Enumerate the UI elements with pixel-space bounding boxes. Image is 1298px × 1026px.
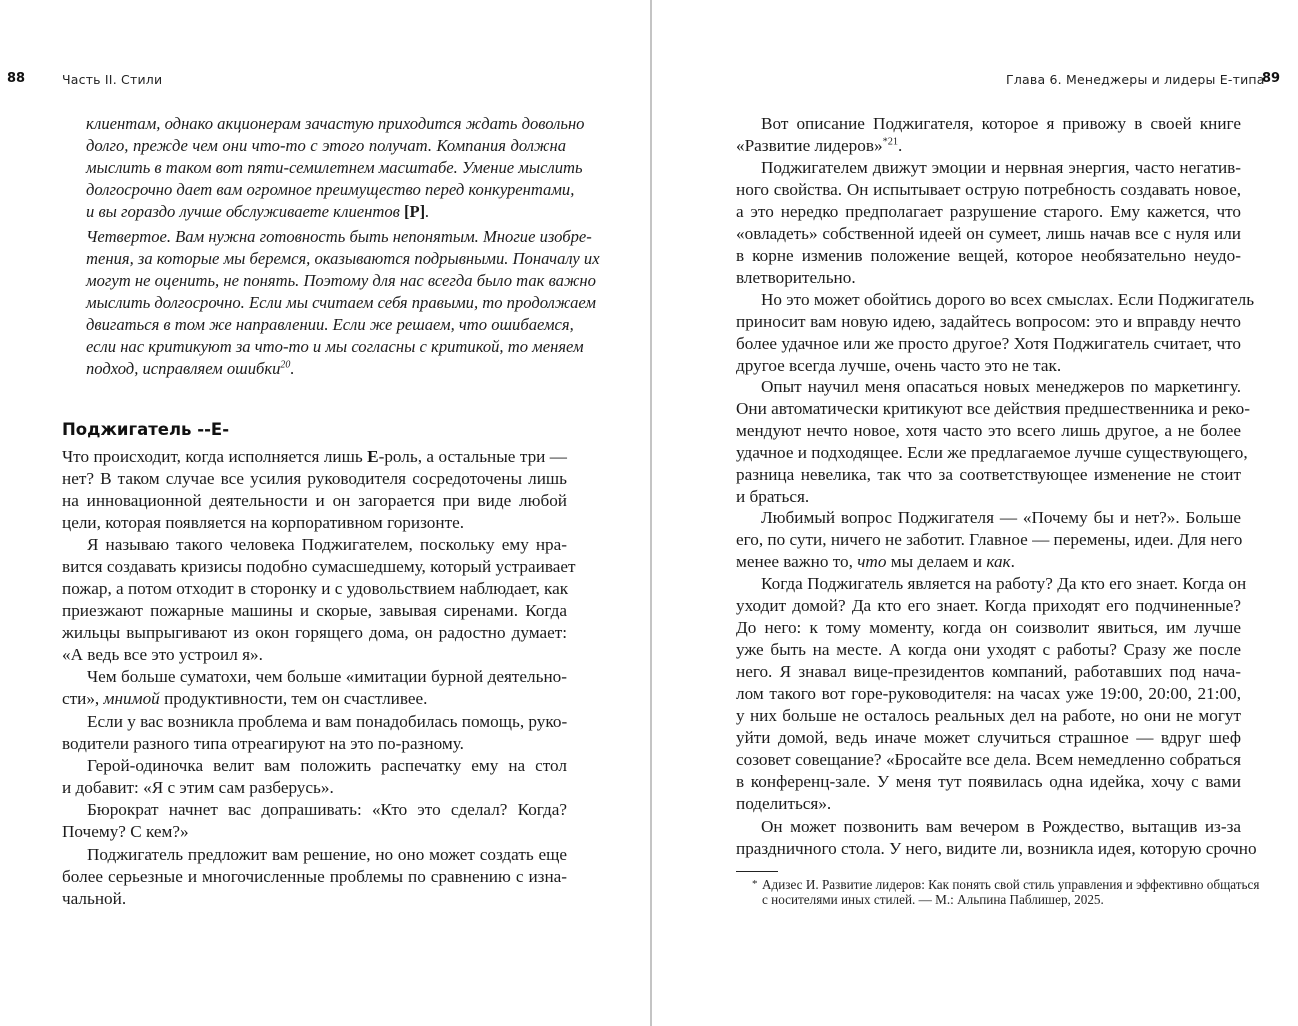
quote-line: мыслить долгосрочно. Если мы считаем себ…: [86, 292, 566, 314]
body-line: Когда Поджигатель является на работу? Да…: [761, 573, 1241, 595]
body-line: Что происходит, когда исполняется лишь E…: [62, 446, 567, 468]
quote-line: клиентам, однако акционерам зачастую при…: [86, 113, 566, 135]
left-page: 88 Часть II. Стили клиентам, однако акци…: [0, 0, 650, 1026]
footnote-line: с носителями иных стилей. — М.: Альпина …: [762, 892, 1241, 907]
body-line: другое всегда лучше, очень часто это не …: [736, 355, 1241, 377]
body-line: приезжают пожарные машины и скорые, завы…: [62, 600, 567, 622]
body-line: сти», мнимой продуктивности, тем он счас…: [62, 688, 567, 710]
quote-line: подход, исправляем ошибки20.: [86, 358, 566, 380]
quote-line: мыслить в таком вот пяти-семилетнем масш…: [86, 157, 566, 179]
body-line: Он может позвонить вам вечером в Рождест…: [761, 816, 1241, 838]
body-line: цели, которая появляется на корпоративно…: [62, 512, 567, 534]
body-line: Бюрократ начнет вас допрашивать: «Кто эт…: [87, 799, 567, 821]
body-line: чальной.: [62, 888, 567, 910]
body-line: более удачное или же просто другое? Хотя…: [736, 333, 1241, 355]
body-line: уйти домой, ведь иначе может случиться с…: [736, 727, 1241, 749]
body-line: его, по сути, ничего не заботит. Главное…: [736, 529, 1241, 551]
body-line: жильцы выпрыгивают из окон горящего дома…: [62, 622, 567, 644]
body-line: «Развитие лидеров»*21.: [736, 135, 1241, 157]
running-head: Часть II. Стили: [62, 72, 162, 87]
quote-line: долгосрочно дает вам огромное преимущест…: [86, 179, 566, 201]
body-line: у них больше не осталось реальных дел на…: [736, 705, 1241, 727]
body-line: Герой-одиночка велит вам положить распеч…: [87, 755, 567, 777]
body-line: ного свойства. Он испытывает острую потр…: [736, 179, 1241, 201]
emphasis: что: [857, 552, 886, 571]
body-line: «овладеть» собственной идеей он сумеет, …: [736, 223, 1241, 245]
body-line: Почему? С кем?»: [62, 821, 567, 843]
footnote-line: Адизес И. Развитие лидеров: Как понять с…: [762, 877, 1241, 892]
page-number: 89: [1262, 71, 1280, 86]
footnote-separator: [736, 871, 778, 872]
body-line: в корне изменив положение вещей, которое…: [736, 245, 1241, 267]
body-line: менее важно то, что мы делаем и как.: [736, 551, 1241, 573]
body-line: пожар, а потом отходит в сторонку и с уд…: [62, 578, 567, 600]
body-line: удачное и подходящее. Если же предлагаем…: [736, 442, 1241, 464]
body-line: Любимый вопрос Поджигателя — «Почему бы …: [761, 507, 1241, 529]
body-line: Чем больше суматохи, чем больше «имитаци…: [87, 666, 567, 688]
section-heading: Поджигатель --E-: [62, 420, 229, 439]
body-line: Опыт научил меня опасаться новых менедже…: [761, 376, 1241, 398]
body-line: и добавит: «Я с этим сам разберусь».: [62, 777, 567, 799]
body-line: в конференц-зале. У меня тут появилась о…: [736, 771, 1241, 793]
body-line: на инновационной деятельности и он загор…: [62, 490, 567, 512]
body-line: приносит вам новую идею, задайтесь вопро…: [736, 311, 1241, 333]
footnote-ref[interactable]: 20: [280, 359, 290, 370]
quote-line: могут не оценить, не понять. Поэтому для…: [86, 270, 566, 292]
body-line: Я называю такого человека Поджигателем, …: [87, 534, 567, 556]
quote-line: если нас критикуют за что-то и мы соглас…: [86, 336, 566, 358]
body-line: До него: к тому моменту, когда он соизво…: [736, 617, 1241, 639]
emphasis: мнимой: [104, 689, 160, 708]
footnote-ref[interactable]: *21: [883, 136, 898, 147]
body-line: уже быть на месте. А когда они уходят с …: [736, 639, 1241, 661]
quote-line: и вы гораздо лучше обслуживаете клиентов…: [86, 201, 566, 223]
body-line: Поджигатель предложит вам решение, но он…: [87, 844, 567, 866]
quote-line: долго, прежде чем они что-то с этого пол…: [86, 135, 566, 157]
right-page: Глава 6. Менеджеры и лидеры E-типа 89 Во…: [652, 0, 1298, 1026]
page-number: 88: [7, 71, 25, 86]
body-line: поделиться».: [736, 793, 1241, 815]
body-line: него. Я знавал вице-президентов компаний…: [736, 661, 1241, 683]
body-line: Но это может обойтись дорого во всех смы…: [761, 289, 1241, 311]
body-line: разница невелика, так что за соответству…: [736, 464, 1241, 486]
body-line: водители разного типа отреагируют на это…: [62, 733, 567, 755]
role-marker: [P]: [404, 202, 425, 221]
emphasis: как: [986, 552, 1010, 571]
body-line: влетворительно.: [736, 267, 1241, 289]
quote-line: Четвертое. Вам нужна готовность быть неп…: [86, 226, 566, 248]
body-line: уходит домой? Да кто его знает. Когда пр…: [736, 595, 1241, 617]
body-line: Если у вас возникла проблема и вам понад…: [87, 711, 567, 733]
running-head: Глава 6. Менеджеры и лидеры E-типа: [1006, 72, 1265, 87]
body-line: Поджигателем движут эмоции и нервная эне…: [761, 157, 1241, 179]
body-line: мендуют нечто новое, хотя часто это всег…: [736, 420, 1241, 442]
body-line: праздничного стола. У него, видите ли, в…: [736, 838, 1241, 860]
body-line: Вот описание Поджигателя, которое я прив…: [761, 113, 1241, 135]
body-line: и браться.: [736, 486, 1241, 508]
body-line: «А ведь все это устроил я».: [62, 644, 567, 666]
quote-line: двигаться в том же направлении. Если же …: [86, 314, 566, 336]
footnote-marker: *: [752, 877, 758, 892]
body-line: вится создавать кризисы подобно сумасшед…: [62, 556, 567, 578]
body-line: более серьезные и многочисленные проблем…: [62, 866, 567, 888]
body-line: а это нередко предполагает разрушение ст…: [736, 201, 1241, 223]
body-line: нет? В таком случае все усилия руководит…: [62, 468, 567, 490]
body-line: созовет совещание? «Бросайте все дела. В…: [736, 749, 1241, 771]
body-line: лом такого вот горе-руководителя: на час…: [736, 683, 1241, 705]
body-line: Они автоматически критикуют все действия…: [736, 398, 1241, 420]
quote-line: тения, за которые мы беремся, оказываютс…: [86, 248, 566, 270]
